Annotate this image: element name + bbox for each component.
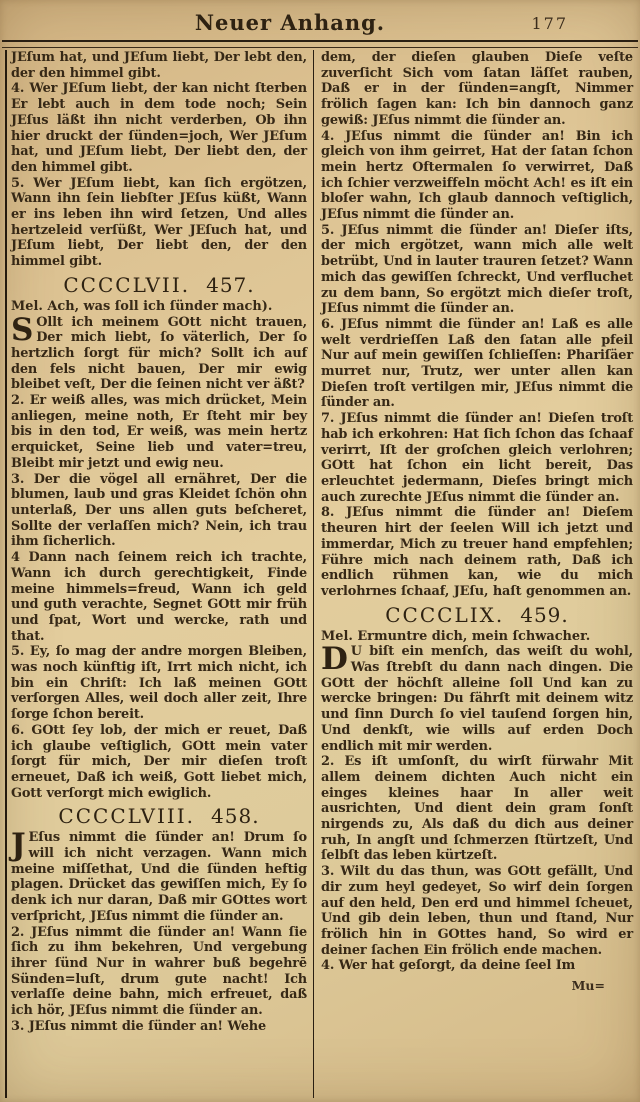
verse-paragraph: 2. JEſus nimmt die ſünder an! Wann ſie ſ…: [11, 925, 307, 1019]
verse-paragraph: 5. Wer JEſum liebt, kan ſich ergötzen, W…: [11, 176, 307, 270]
right-column: dem, der dieſen glauben Dieſe veſte zuve…: [313, 50, 638, 1098]
verse-paragraph: 3. Der die vögel all ernähret, Der die b…: [11, 472, 307, 551]
hymn-arabic-number: 459.: [520, 603, 569, 627]
hymn-roman-numeral: CCCCLIX.: [385, 603, 504, 627]
verse-paragraph: 6. JEſus nimmt die ſünder an! Laß es all…: [321, 317, 633, 411]
hymn-roman-numeral: CCCCLVII.: [63, 273, 190, 297]
header-rule: [2, 40, 638, 48]
verse-paragraph: JEſum hat, und JEſum liebt, Der lebt den…: [11, 50, 307, 81]
hymn-arabic-number: 457.: [206, 273, 255, 297]
verse-paragraph: 8. JEſus nimmt die ſünder an! Dieſem the…: [321, 505, 633, 599]
verse-paragraph: 2. Es iſt umſonſt, du wirſt fürwahr Mit …: [321, 754, 633, 864]
hymn-heading-457: CCCCLVII.457.: [11, 273, 307, 297]
verse-paragraph: dem, der dieſen glauben Dieſe veſte zuve…: [321, 50, 633, 129]
verse-paragraph: 5. Ey, ſo mag der andre morgen Bleiben, …: [11, 644, 307, 723]
verse-paragraph: 4. JEſus nimmt die ſünder an! Bin ich gl…: [321, 129, 633, 223]
running-header: Neuer Anhang. 177: [0, 0, 640, 40]
page-number: 177: [531, 14, 568, 33]
verse-text: U biſt ein menſch, das weiſt du wohl, Wa…: [321, 644, 633, 753]
verse-paragraph: 4 Dann nach ſeinem reich ich trachte, Wa…: [11, 550, 307, 644]
text-columns: JEſum hat, und JEſum liebt, Der lebt den…: [0, 48, 640, 1100]
verse-paragraph: 7. JEſus nimmt die ſünder an! Dieſen tro…: [321, 411, 633, 505]
verse-paragraph: 5. JEſus nimmt die ſünder an! Dieſer iſt…: [321, 223, 633, 317]
hymn-heading-459: CCCCLIX.459.: [321, 603, 633, 627]
verse-paragraph: SOllt ich meinem GOtt nicht trauen, Der …: [11, 315, 307, 394]
book-page: Neuer Anhang. 177 JEſum hat, und JEſum l…: [0, 0, 640, 1102]
verse-text: Ollt ich meinem GOtt nicht trauen, Der m…: [11, 315, 307, 393]
verse-paragraph: 3. JEſus nimmt die ſünder an! Wehe: [11, 1019, 307, 1035]
verse-paragraph: 6. GOtt ſey lob, der mich er reuet, Daß …: [11, 723, 307, 802]
verse-paragraph: 2. Er weiß alles, was mich drücket, Mein…: [11, 393, 307, 472]
verse-text: Eſus nimmt die ſünder an! Drum ſo will i…: [11, 830, 307, 924]
hymn-heading-458: CCCCLVIII.458.: [11, 804, 307, 828]
melody-line: Mel. Ach, was ſoll ich ſünder mach).: [11, 299, 307, 315]
catchword: Mu=: [321, 974, 633, 993]
hymn-arabic-number: 458.: [211, 804, 260, 828]
hymn-roman-numeral: CCCCLVIII.: [58, 804, 195, 828]
melody-line: Mel. Ermuntre dich, mein ſchwacher.: [321, 629, 633, 645]
drop-cap-initial: S: [11, 315, 36, 344]
drop-cap-initial: J: [11, 830, 29, 859]
drop-cap-initial: D: [321, 644, 351, 673]
verse-paragraph: 4. Wer JEſum liebt, der kan nicht ſterbe…: [11, 81, 307, 175]
verse-paragraph: 4. Wer hat geſorgt, da deine ſeel Im: [321, 958, 633, 974]
verse-paragraph: 3. Wilt du das thun, was GOtt gefällt, U…: [321, 864, 633, 958]
left-column: JEſum hat, und JEſum liebt, Der lebt den…: [5, 50, 313, 1098]
verse-paragraph: JEſus nimmt die ſünder an! Drum ſo will …: [11, 830, 307, 924]
verse-paragraph: DU biſt ein menſch, das weiſt du wohl, W…: [321, 644, 633, 754]
running-title: Neuer Anhang.: [0, 10, 580, 35]
